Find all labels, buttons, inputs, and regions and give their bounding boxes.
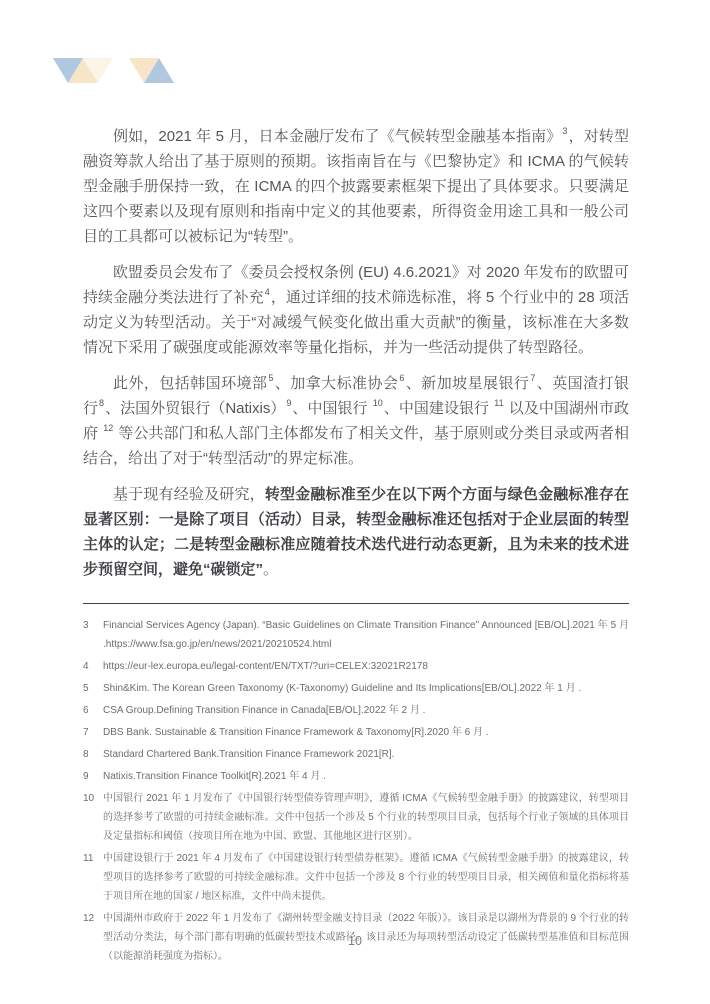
paragraph: 例如，2021 年 5 月，日本金融厅发布了《气候转型金融基本指南》3，对转型融… bbox=[83, 124, 629, 249]
footnote-item: 11中国建设银行于 2021 年 4 月发布了《中国建设银行转型债券框架》。遵循… bbox=[83, 849, 629, 906]
footnote-text: 中国建设银行于 2021 年 4 月发布了《中国建设银行转型债券框架》。遵循 I… bbox=[103, 849, 629, 906]
footnote-ref: 5 bbox=[268, 373, 273, 383]
footnote-text: DBS Bank. Sustainable & Transition Finan… bbox=[103, 723, 629, 742]
footnote-item: 3Financial Services Agency (Japan). “Bas… bbox=[83, 616, 629, 654]
footnote-text: CSA Group.Defining Transition Finance in… bbox=[103, 701, 629, 720]
footnote-ref: 3 bbox=[562, 126, 567, 136]
footnote-number: 8 bbox=[83, 745, 103, 764]
footnotes-section: 3Financial Services Agency (Japan). “Bas… bbox=[83, 603, 629, 969]
paragraph-text: 、法国外贸银行（Natixis） bbox=[105, 400, 285, 417]
paragraph: 欧盟委员会发布了《委员会授权条例 (EU) 4.6.2021》对 2020 年发… bbox=[83, 260, 629, 360]
document-page: 例如，2021 年 5 月，日本金融厅发布了《气候转型金融基本指南》3，对转型融… bbox=[0, 0, 710, 1004]
footnote-item: 4https://eur-lex.europa.eu/legal-content… bbox=[83, 657, 629, 676]
footnote-text: Financial Services Agency (Japan). “Basi… bbox=[103, 616, 629, 654]
footnote-text: Standard Chartered Bank.Transition Finan… bbox=[103, 745, 629, 764]
footnote-ref: 9 bbox=[286, 398, 291, 408]
footnote-item: 5Shin&Kim. The Korean Green Taxonomy (K-… bbox=[83, 679, 629, 698]
footnote-item: 7DBS Bank. Sustainable & Transition Fina… bbox=[83, 723, 629, 742]
footnote-item: 8Standard Chartered Bank.Transition Fina… bbox=[83, 745, 629, 764]
logo-triangle-blue-up-icon bbox=[144, 58, 174, 83]
footnote-number: 4 bbox=[83, 657, 103, 676]
footnote-number: 5 bbox=[83, 679, 103, 698]
footnote-number: 6 bbox=[83, 701, 103, 720]
paragraph-text: 等公共部门和私人部门主体都发布了相关文件，基于原则或分类目录或两者相结合，给出了… bbox=[83, 425, 629, 467]
footnote-number: 7 bbox=[83, 723, 103, 742]
footnote-ref: 6 bbox=[399, 373, 404, 383]
paragraph-text: 例如，2021 年 5 月，日本金融厅发布了《气候转型金融基本指南》 bbox=[113, 128, 561, 145]
footnote-ref: 4 bbox=[265, 287, 270, 297]
footnote-text: Shin&Kim. The Korean Green Taxonomy (K-T… bbox=[103, 679, 629, 698]
footnote-item: 6CSA Group.Defining Transition Finance i… bbox=[83, 701, 629, 720]
footnote-text: Natixis.Transition Finance Toolkit[R].20… bbox=[103, 767, 629, 786]
paragraph-text: 、中国银行 bbox=[292, 400, 371, 417]
footnote-list: 3Financial Services Agency (Japan). “Bas… bbox=[83, 616, 629, 966]
footnote-ref: 8 bbox=[99, 398, 104, 408]
footnote-text: https://eur-lex.europa.eu/legal-content/… bbox=[103, 657, 629, 676]
footnote-ref: 11 bbox=[494, 398, 503, 408]
paragraph: 此外，包括韩国环境部5、加拿大标准协会6、新加坡星展银行7、英国渣打银行8、法国… bbox=[83, 371, 629, 471]
paragraph-text: ，对转型融资筹款人给出了基于原则的预期。该指南旨在与《巴黎协定》和 ICMA 的… bbox=[83, 128, 629, 245]
footnote-number: 9 bbox=[83, 767, 103, 786]
paragraph: 基于现有经验及研究，转型金融标准至少在以下两个方面与绿色金融标准存在显著区别：一… bbox=[83, 482, 629, 582]
paragraph-text: 、加拿大标准协会 bbox=[274, 375, 398, 392]
report-logo bbox=[53, 58, 178, 84]
paragraph-text: 、新加坡星展银行 bbox=[405, 375, 529, 392]
footnote-ref: 12 bbox=[103, 423, 113, 433]
paragraph-text: 此外，包括韩国环境部 bbox=[113, 375, 267, 392]
paragraph-text: 基于现有经验及研究， bbox=[113, 486, 265, 503]
paragraph-text: 、中国建设银行 bbox=[384, 400, 493, 417]
logo-triangle-cream-down-icon bbox=[83, 58, 113, 83]
paragraph-text: 。 bbox=[263, 561, 278, 578]
footnote-item: 9Natixis.Transition Finance Toolkit[R].2… bbox=[83, 767, 629, 786]
footnote-number: 3 bbox=[83, 616, 103, 654]
footnote-item: 10中国银行 2021 年 1 月发布了《中国银行转型债券管理声明》，遵循 IC… bbox=[83, 789, 629, 846]
footnote-text: 中国银行 2021 年 1 月发布了《中国银行转型债券管理声明》，遵循 ICMA… bbox=[103, 789, 629, 846]
body-paragraphs: 例如，2021 年 5 月，日本金融厅发布了《气候转型金融基本指南》3，对转型融… bbox=[83, 124, 629, 593]
footnote-ref: 10 bbox=[373, 398, 383, 408]
page-number: 10 bbox=[0, 934, 710, 948]
footnote-ref: 7 bbox=[530, 373, 535, 383]
footnote-number: 10 bbox=[83, 789, 103, 846]
footnote-number: 11 bbox=[83, 849, 103, 906]
